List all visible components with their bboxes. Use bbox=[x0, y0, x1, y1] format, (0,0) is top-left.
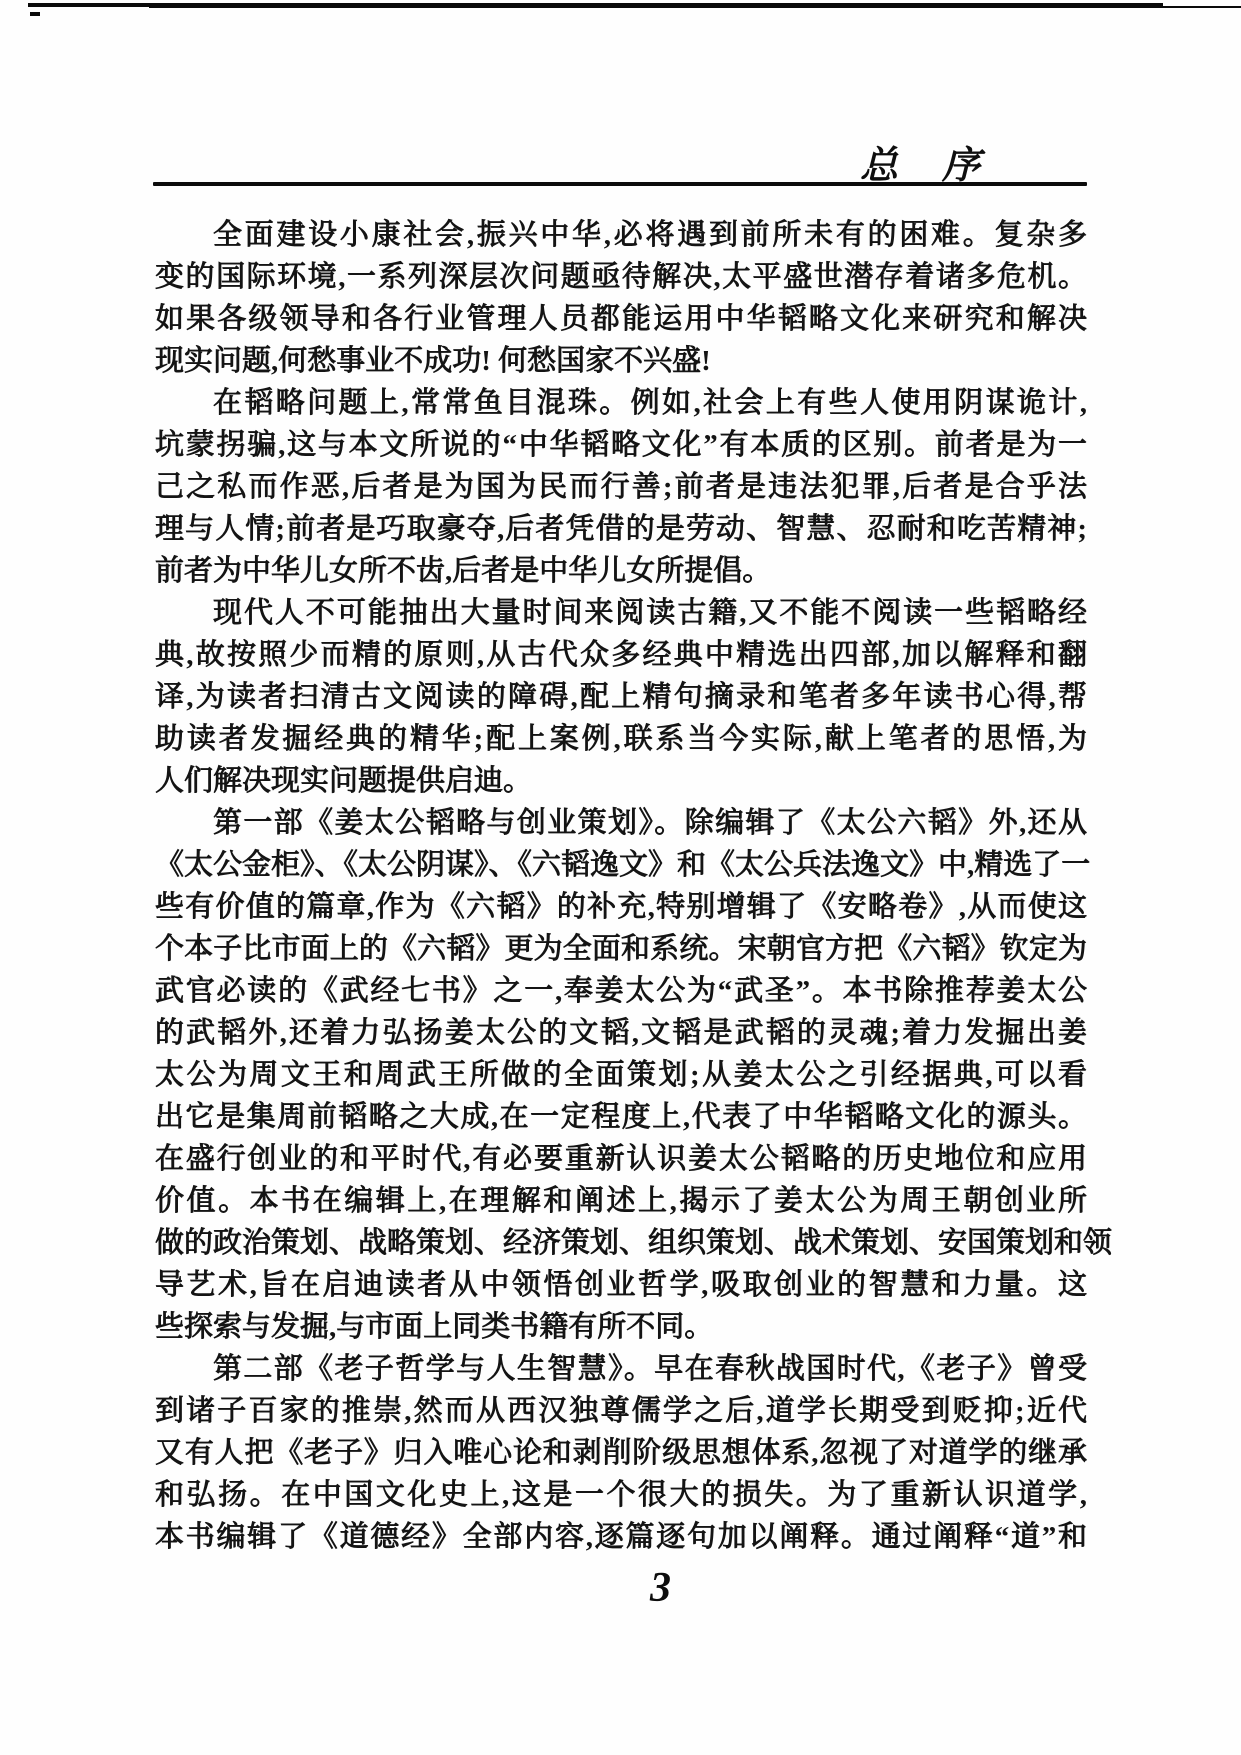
text-line: 译,为读者扫清古文阅读的障碍,配上精句摘录和笔者多年读书心得,帮 bbox=[155, 676, 1087, 718]
text-line: 现代人不可能抽出大量时间来阅读古籍,又不能不阅读一些韬略经 bbox=[155, 592, 1087, 634]
text-line: 在韬略问题上,常常鱼目混珠。例如,社会上有些人使用阴谋诡计, bbox=[155, 382, 1087, 424]
text-line: 人们解决现实问题提供启迪。 bbox=[155, 760, 1087, 802]
text-line: 全面建设小康社会,振兴中华,必将遇到前所未有的困难。复杂多 bbox=[155, 214, 1087, 256]
text-line: 太公为周文王和周武王所做的全面策划;从姜太公之引经据典,可以看 bbox=[155, 1054, 1087, 1096]
running-head: 总 序 bbox=[860, 134, 1040, 182]
text-line: 做的政治策划、战略策划、经济策划、组织策划、战术策划、安国策划和领 bbox=[155, 1222, 1087, 1264]
text-line: 个本子比市面上的《六韬》更为全面和系统。宋朝官方把《六韬》钦定为 bbox=[155, 928, 1087, 970]
text-line: 本书编辑了《道德经》全部内容,逐篇逐句加以阐释。通过阐释“道”和 bbox=[155, 1516, 1087, 1558]
text-line: 导艺术,旨在启迪读者从中领悟创业哲学,吸取创业的智慧和力量。这 bbox=[155, 1264, 1087, 1306]
page-number: 3 bbox=[650, 1564, 671, 1612]
text-line: 到诸子百家的推崇,然而从西汉独尊儒学之后,道学长期受到贬抑;近代 bbox=[155, 1390, 1087, 1432]
running-head-char-2: 序 bbox=[942, 134, 980, 182]
text-line: 的武韬外,还着力弘扬姜太公的文韬,文韬是武韬的灵魂;着力发掘出姜 bbox=[155, 1012, 1087, 1054]
text-line: 现实问题,何愁事业不成功! 何愁国家不兴盛! bbox=[155, 340, 1087, 382]
text-line: 和弘扬。在中国文化史上,这是一个很大的损失。为了重新认识道学, bbox=[155, 1474, 1087, 1516]
text-line: 理与人情;前者是巧取豪夺,后者凭借的是劳动、智慧、忍耐和吃苦精神; bbox=[155, 508, 1087, 550]
text-line: 如果各级领导和各行业管理人员都能运用中华韬略文化来研究和解决 bbox=[155, 298, 1087, 340]
body-text: 全面建设小康社会,振兴中华,必将遇到前所未有的困难。复杂多变的国际环境,一系列深… bbox=[155, 214, 1087, 1558]
header-rule bbox=[153, 182, 1087, 186]
text-line: 第二部《老子哲学与人生智慧》。早在春秋战国时代,《老子》曾受 bbox=[155, 1348, 1087, 1390]
text-line: 又有人把《老子》归入唯心论和剥削阶级思想体系,忽视了对道学的继承 bbox=[155, 1432, 1087, 1474]
text-line: 武官必读的《武经七书》之一,奉姜太公为“武圣”。本书除推荐姜太公 bbox=[155, 970, 1087, 1012]
text-line: 前者为中华儿女所不齿,后者是中华儿女所提倡。 bbox=[155, 550, 1087, 592]
text-line: 些探索与发掘,与市面上同类书籍有所不同。 bbox=[155, 1306, 1087, 1348]
text-line: 己之私而作恶,后者是为国为民而行善;前者是违法犯罪,后者是合乎法 bbox=[155, 466, 1087, 508]
text-line: 助读者发掘经典的精华;配上案例,联系当今实际,献上笔者的思悟,为 bbox=[155, 718, 1087, 760]
text-line: 些有价值的篇章,作为《六韬》的补充,特别增辑了《安略卷》,从而使这 bbox=[155, 886, 1087, 928]
text-line: 坑蒙拐骗,这与本文所说的“中华韬略文化”有本质的区别。前者是为一 bbox=[155, 424, 1087, 466]
text-line: 出它是集周前韬略之大成,在一定程度上,代表了中华韬略文化的源头。 bbox=[155, 1096, 1087, 1138]
text-line: 价值。本书在编辑上,在理解和阐述上,揭示了姜太公为周王朝创业所 bbox=[155, 1180, 1087, 1222]
text-line: 《太公金柜》、《太公阴谋》、《六韬逸文》和《太公兵法逸文》中,精选了一 bbox=[155, 844, 1087, 886]
text-line: 变的国际环境,一系列深层次问题亟待解决,太平盛世潜存着诸多危机。 bbox=[155, 256, 1087, 298]
scan-artifact-line bbox=[28, 3, 1163, 7]
text-line: 第一部《姜太公韬略与创业策划》。除编辑了《太公六韬》外,还从 bbox=[155, 802, 1087, 844]
scan-artifact-tick bbox=[30, 12, 40, 16]
running-head-char-1: 总 bbox=[860, 134, 898, 182]
text-line: 典,故按照少而精的原则,从古代众多经典中精选出四部,加以解释和翻 bbox=[155, 634, 1087, 676]
text-line: 在盛行创业的和平时代,有必要重新认识姜太公韬略的历史地位和应用 bbox=[155, 1138, 1087, 1180]
scanned-book-page: 总 序 全面建设小康社会,振兴中华,必将遇到前所未有的困难。复杂多变的国际环境,… bbox=[0, 0, 1241, 1755]
